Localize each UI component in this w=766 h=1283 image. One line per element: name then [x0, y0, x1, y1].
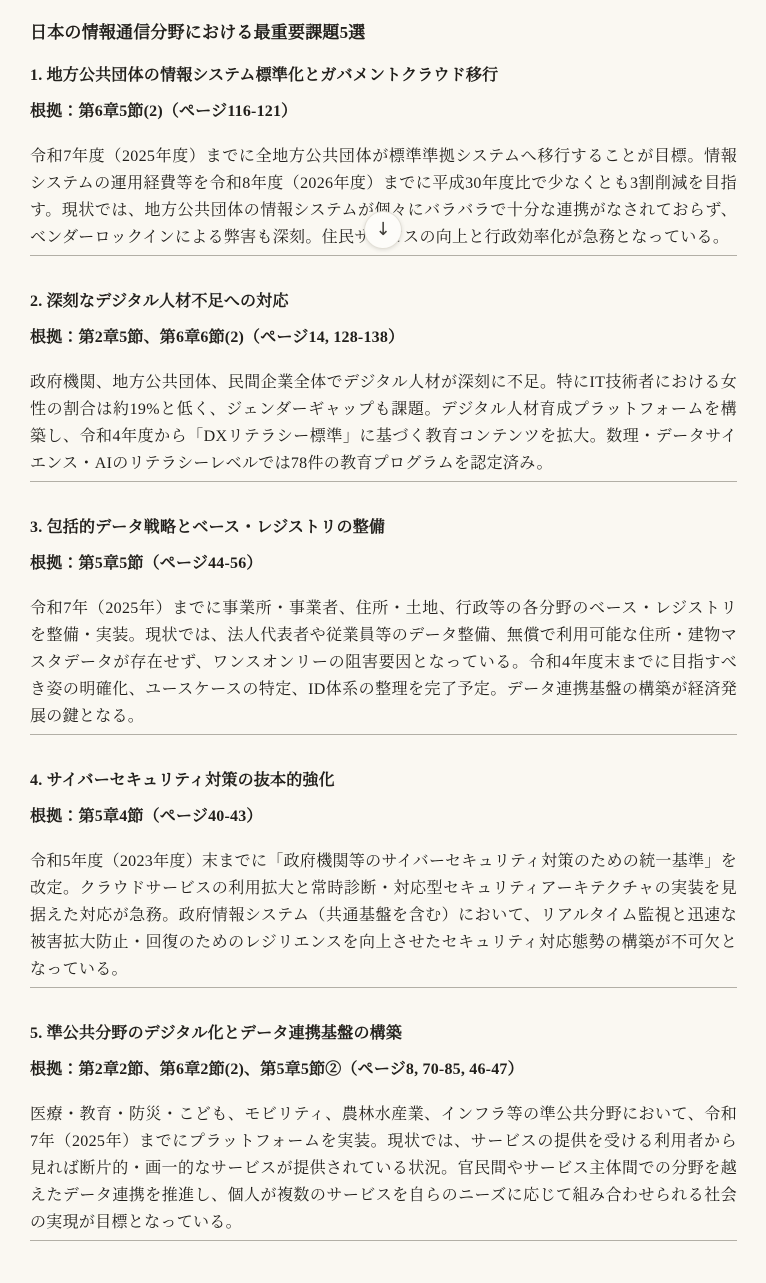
- issue-section-4: 4. サイバーセキュリティ対策の抜本的強化 根拠：第5章4節（ページ40-43）…: [30, 769, 737, 983]
- section-basis: 根拠：第2章5節、第6章6節(2)（ページ14, 128-138）: [30, 326, 737, 350]
- issue-section-2: 2. 深刻なデジタル人材不足への対応 根拠：第2章5節、第6章6節(2)（ページ…: [30, 290, 737, 477]
- section-heading: 2. 深刻なデジタル人材不足への対応: [30, 290, 737, 314]
- section-basis: 根拠：第5章5節（ページ44-56）: [30, 552, 737, 576]
- section-heading: 5. 準公共分野のデジタル化とデータ連携基盤の構築: [30, 1022, 737, 1046]
- section-body: 令和5年度（2023年度）末までに「政府機関等のサイバーセキュリティ対策のための…: [30, 848, 737, 983]
- arrow-down-icon: ↓: [375, 221, 390, 239]
- page-title: 日本の情報通信分野における最重要課題5選: [30, 21, 737, 45]
- section-body: 医療・教育・防災・こども、モビリティ、農林水産業、インフラ等の準公共分野において…: [30, 1101, 737, 1236]
- section-body: 令和7年（2025年）までに事業所・事業者、住所・土地、行政等の各分野のベース・…: [30, 595, 737, 730]
- section-heading: 4. サイバーセキュリティ対策の抜本的強化: [30, 769, 737, 793]
- section-basis: 根拠：第5章4節（ページ40-43）: [30, 805, 737, 829]
- document-content: 日本の情報通信分野における最重要課題5選 1. 地方公共団体の情報システム標準化…: [0, 0, 766, 1241]
- section-divider: [30, 987, 737, 988]
- section-basis: 根拠：第2章2節、第6章2節(2)、第5章5節②（ページ8, 70-85, 46…: [30, 1058, 737, 1082]
- section-divider: [30, 255, 737, 256]
- section-divider: [30, 734, 737, 735]
- section-basis: 根拠：第6章5節(2)（ページ116-121）: [30, 100, 737, 124]
- section-divider: [30, 481, 737, 482]
- issue-section-5: 5. 準公共分野のデジタル化とデータ連携基盤の構築 根拠：第2章2節、第6章2節…: [30, 1022, 737, 1236]
- section-heading: 3. 包括的データ戦略とベース・レジストリの整備: [30, 516, 737, 540]
- section-divider: [30, 1240, 737, 1241]
- section-body: 政府機関、地方公共団体、民間企業全体でデジタル人材が深刻に不足。特にIT技術者に…: [30, 369, 737, 477]
- issue-section-3: 3. 包括的データ戦略とベース・レジストリの整備 根拠：第5章5節（ページ44-…: [30, 516, 737, 730]
- scroll-to-bottom-button[interactable]: ↓: [364, 211, 402, 249]
- section-heading: 1. 地方公共団体の情報システム標準化とガバメントクラウド移行: [30, 64, 737, 88]
